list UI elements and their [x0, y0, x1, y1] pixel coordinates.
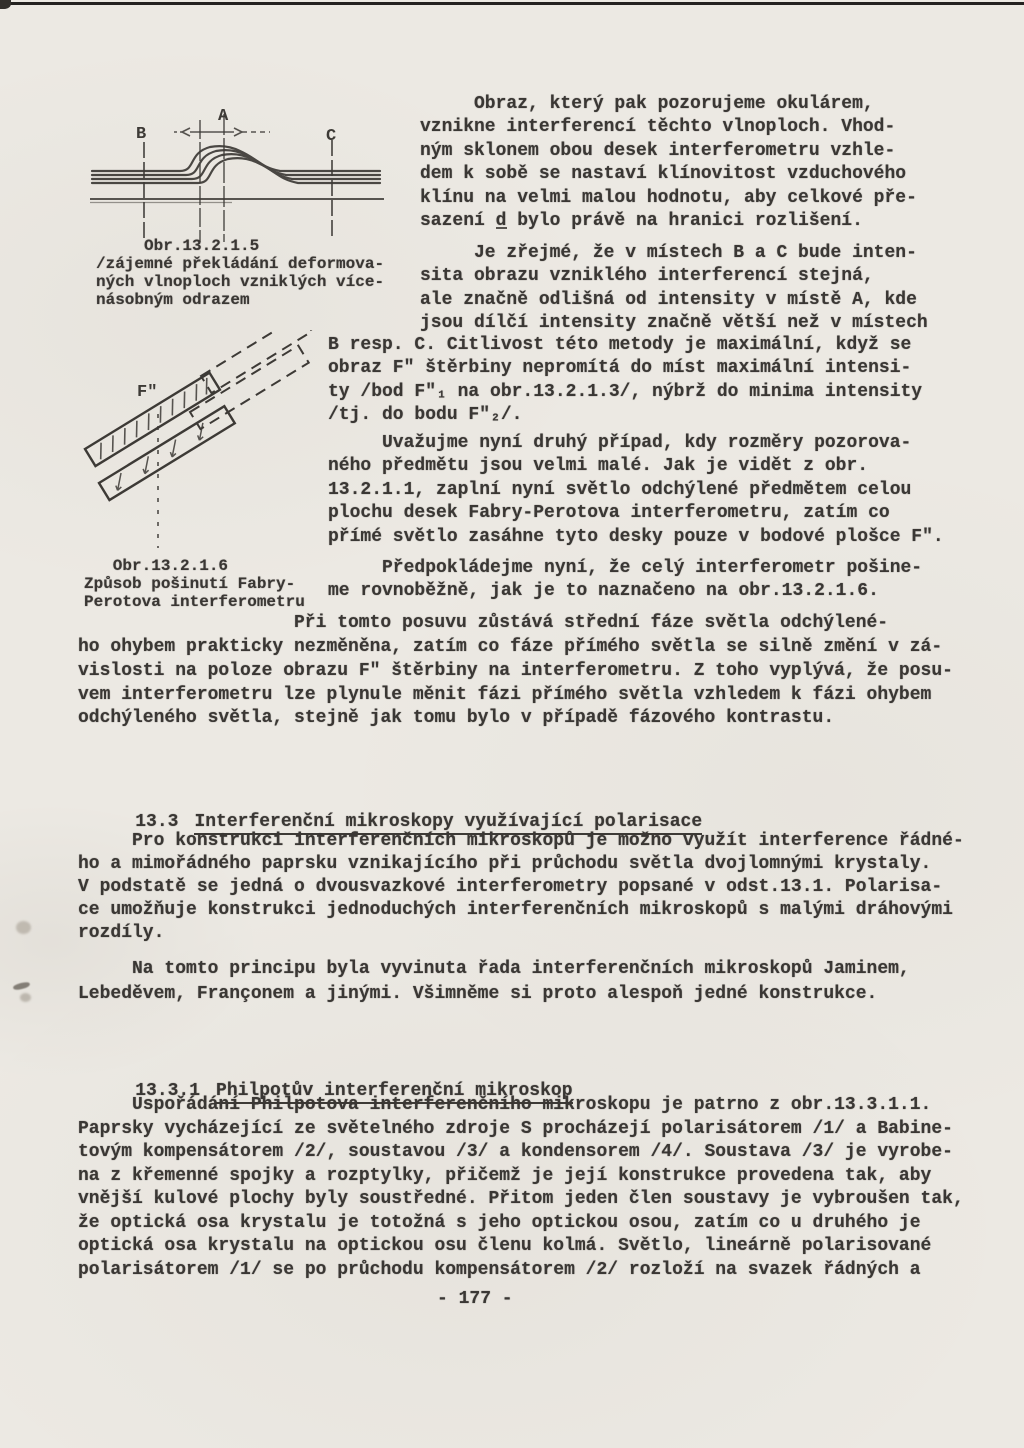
scan-edge-line: [0, 2, 1024, 5]
text-line: Uvažujme nyní druhý případ, kdy rozměry …: [328, 432, 944, 455]
text-line: Způsob pošinutí Fabry-: [84, 575, 305, 593]
label-C: C: [326, 127, 336, 146]
text-line: vnější kulové plochy byly soustředné. Př…: [78, 1188, 964, 1212]
text-line: Je zřejmé, že v místech B a C bude inten…: [420, 242, 928, 265]
figure1-caption: Obr.13.2.1.5/zájemné překládání deformov…: [96, 237, 384, 309]
text-line: odchýleného světla, stejně jak tomu bylo…: [78, 707, 953, 731]
text-line: Obr.13.2.1.6: [84, 557, 305, 575]
displacement-arrow: [174, 128, 270, 136]
text-line: ho a mimořádného paprsku vznikajícího př…: [78, 853, 964, 876]
text-line: Obr.13.2.1.5: [96, 237, 384, 255]
text-line: rozdíly.: [78, 922, 964, 945]
figure-interferometer-shift-diagram: F″: [82, 330, 332, 565]
underline-on-d: [496, 227, 507, 229]
text-line: ným sklonem obou desek interferometru vz…: [420, 140, 917, 163]
text-line: sazení d bylo právě na hranici rozlišení…: [420, 210, 917, 233]
text-line: ty /bod F″₁ na obr.13.2.1.3/, nýbrž do m…: [328, 381, 922, 404]
text-line: Předpokládejme nyní, že celý interferome…: [328, 557, 922, 580]
text-line: vznikne interferencí těchto vlnoploch. V…: [420, 116, 917, 139]
margin-smudge: [20, 993, 31, 1002]
page-number: - 177 -: [437, 1288, 513, 1311]
text-line: Při tomto posuvu zůstává střední fáze sv…: [294, 612, 888, 635]
text-line: na z křemenné spojky a rozptylky, přičem…: [78, 1165, 964, 1189]
text-line: /zájemné překládání deformova-: [96, 255, 384, 273]
text-line: Na tomto principu byla vyvinuta řada int…: [78, 957, 910, 982]
paragraph-uvazujme: Uvažujme nyní druhý případ, kdy rozměry …: [328, 432, 944, 549]
text-line: B resp. C. Citlivost této metody je maxi…: [328, 334, 922, 357]
figure-wavefronts-diagram: B A C: [82, 92, 402, 242]
scan-corner-artifact: [0, 0, 11, 9]
text-line: ných vlnoploch vzniklých více-: [96, 273, 384, 291]
text-line: ce umožňuje konstrukci jednoduchých inte…: [78, 899, 964, 922]
text-line: optická osa krystalu na optickou osu čle…: [78, 1235, 964, 1259]
text-line: obraz F″ štěrbiny nepromítá do míst maxi…: [328, 357, 922, 380]
shifted-plate-upper-dashed: [201, 330, 312, 393]
text-line: násobným odrazem: [96, 291, 384, 309]
text-line: tovým kompensátorem /2/, soustavou /3/ a…: [78, 1141, 964, 1165]
text-line: dem k sobě se nastaví klínovitost vzduch…: [420, 163, 917, 186]
label-F-double-prime: F″: [137, 383, 157, 402]
text-line: vislosti na poloze obrazu F″ štěrbiny na…: [78, 660, 953, 684]
paragraph-pri-tomto-first: Při tomto posuvu zůstává střední fáze sv…: [294, 612, 888, 635]
text-line: polarisátorem /1/ se po průchodu kompens…: [78, 1259, 964, 1283]
text-line: vem interferometru lze plynule měnit fáz…: [78, 684, 953, 708]
text-line: Pro konstrukci interferenčních mikroskop…: [78, 830, 964, 853]
text-line: ného předmětu jsou velmi malé. Jak je vi…: [328, 455, 944, 478]
text-line: Obraz, který pak pozorujeme okulárem,: [420, 93, 917, 116]
scanned-document-page: B A C Obr.13.2.1.5/zájemné překládání de…: [0, 0, 1024, 1448]
text-line: V podstatě se jedná o dvousvazkové inter…: [78, 876, 964, 899]
figure2-caption: Obr.13.2.1.6Způsob pošinutí Fabry-Peroto…: [84, 557, 305, 611]
paragraph-na-tomto-principu: Na tomto principu byla vyvinuta řada int…: [78, 957, 910, 1007]
text-line: že optická osa krystalu je totožná s jeh…: [78, 1212, 964, 1236]
text-line: ho ohybem prakticky nezměněna, zatím co …: [78, 636, 953, 660]
label-B: B: [136, 125, 146, 144]
margin-smudge: [16, 921, 31, 934]
paragraph-obraz-ktery: Obraz, který pak pozorujeme okulárem,vzn…: [420, 93, 917, 233]
paragraph-usporadani: Uspořádání Philpotova interferenčního mi…: [78, 1094, 964, 1282]
paragraph-predpokladejme: Předpokládejme nyní, že celý interferome…: [328, 557, 922, 604]
text-line: Paprsky vycházející ze světelného zdroje…: [78, 1118, 964, 1142]
wavefront-curves: [92, 146, 380, 183]
text-line: 13.2.1.1, zaplní nyní světlo odchýlené p…: [328, 479, 944, 502]
text-line: /tj. do bodu F″₂/.: [328, 404, 922, 427]
paragraph-pro-konstrukci: Pro konstrukci interferenčních mikroskop…: [78, 830, 964, 945]
text-line: Uspořádání Philpotova interferenčního mi…: [78, 1094, 964, 1118]
margin-smudge: [13, 981, 31, 991]
label-A: A: [218, 107, 229, 126]
text-line: sita obrazu vzniklého interferencí stejn…: [420, 265, 928, 288]
text-line: Perotova interferometru: [84, 593, 305, 611]
paragraph-je-zrejme: Je zřejmé, že v místech B a C bude inten…: [420, 242, 928, 336]
text-line: jsou dílčí intensity značně větší než v …: [420, 312, 928, 335]
text-line: přímé světlo zasáhne tyto desky pouze v …: [328, 526, 944, 549]
text-line: ale značně odlišná od intensity v místě …: [420, 289, 928, 312]
paragraph-pri-tomto-cont: ho ohybem prakticky nezměněna, zatím co …: [78, 636, 953, 731]
paragraph-je-zrejme-cont: B resp. C. Citlivost této metody je maxi…: [328, 334, 922, 428]
text-line: me rovnoběžně, jak je to naznačeno na ob…: [328, 580, 922, 603]
text-line: plochu desek Fabry-Perotova interferomet…: [328, 502, 944, 525]
text-line: Lebeděvem, Françonem a jinými. Všimněme …: [78, 982, 910, 1007]
text-line: klínu na velmi malou hodnotu, aby celkov…: [420, 187, 917, 210]
